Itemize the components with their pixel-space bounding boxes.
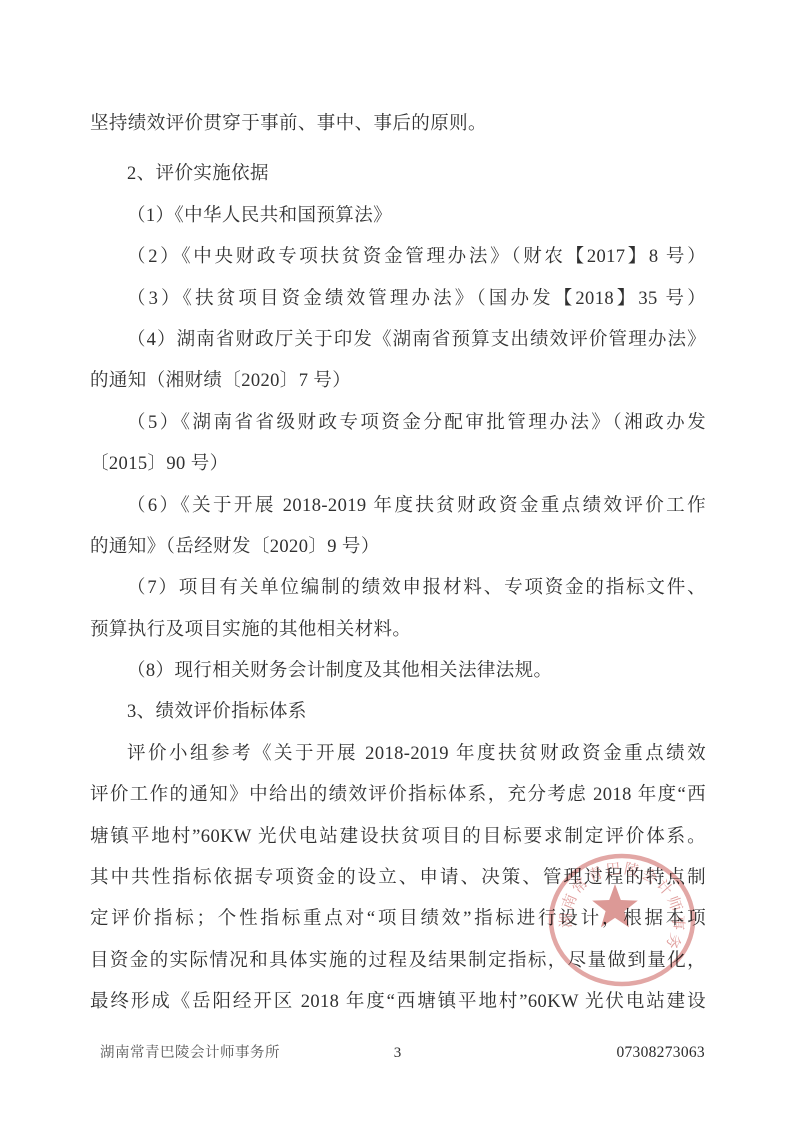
text-line: 的通知》（岳经财发〔2020〕9 号）	[90, 527, 706, 568]
document-body: 坚持绩效评价贯穿于事前、事中、事后的原则。 2、评价实施依据 （1）《中华人民共…	[90, 0, 706, 1024]
text-line: （7）项目有关单位编制的绩效申报材料、专项资金的指标文件、	[90, 568, 706, 609]
text-line: （8）现行相关财务会计制度及其他相关法律法规。	[90, 651, 706, 692]
text-line: 塘镇平地村”60KW 光伏电站建设扶贫项目的目标要求制定评价体系。	[90, 817, 706, 858]
document-page: 坚持绩效评价贯穿于事前、事中、事后的原则。 2、评价实施依据 （1）《中华人民共…	[0, 0, 793, 1121]
text-line: （3）《扶贫项目资金绩效管理办法》（国办发【2018】35 号）	[90, 279, 706, 320]
text-line: 坚持绩效评价贯穿于事前、事中、事后的原则。	[90, 104, 706, 145]
text-line: 目资金的实际情况和具体实施的过程及结果制定指标，尽量做到量化，	[90, 941, 706, 982]
text-line: （5）《湖南省省级财政专项资金分配审批管理办法》（湘政办发	[90, 403, 706, 444]
text-line: 预算执行及项目实施的其他相关材料。	[90, 610, 706, 651]
footer-phone-number: 07308273063	[616, 1042, 705, 1064]
text-line: （1）《中华人民共和国预算法》	[90, 196, 706, 237]
text-line: （6）《关于开展 2018-2019 年度扶贫财政资金重点绩效评价工作	[90, 486, 706, 527]
page-footer: 湖南常青巴陵会计师事务所 3 07308273063	[90, 1042, 705, 1064]
text-line: 定评价指标；个性指标重点对“项目绩效”指标进行设计，根据本项	[90, 899, 706, 940]
text-line: 最终形成《岳阳经开区 2018 年度“西塘镇平地村”60KW 光伏电站建设	[90, 982, 706, 1023]
text-line: 〔2015〕90 号）	[90, 444, 706, 485]
text-line: 其中共性指标依据专项资金的设立、申请、决策、管理过程的特点制	[90, 858, 706, 899]
section-heading: 3、绩效评价指标体系	[90, 692, 706, 733]
text-line: 的通知（湘财绩〔2020〕7 号）	[90, 361, 706, 402]
text-line: 评价工作的通知》中给出的绩效评价指标体系，充分考虑 2018 年度“西	[90, 775, 706, 816]
footer-page-number: 3	[90, 1042, 705, 1064]
text-line: 评价小组参考《关于开展 2018-2019 年度扶贫财政资金重点绩效	[90, 734, 706, 775]
section-heading: 2、评价实施依据	[90, 154, 706, 195]
text-line: （4）湖南省财政厅关于印发《湖南省预算支出绩效评价管理办法》	[90, 320, 706, 361]
text-line: （2）《中央财政专项扶贫资金管理办法》（财农【2017】8 号）	[90, 237, 706, 278]
